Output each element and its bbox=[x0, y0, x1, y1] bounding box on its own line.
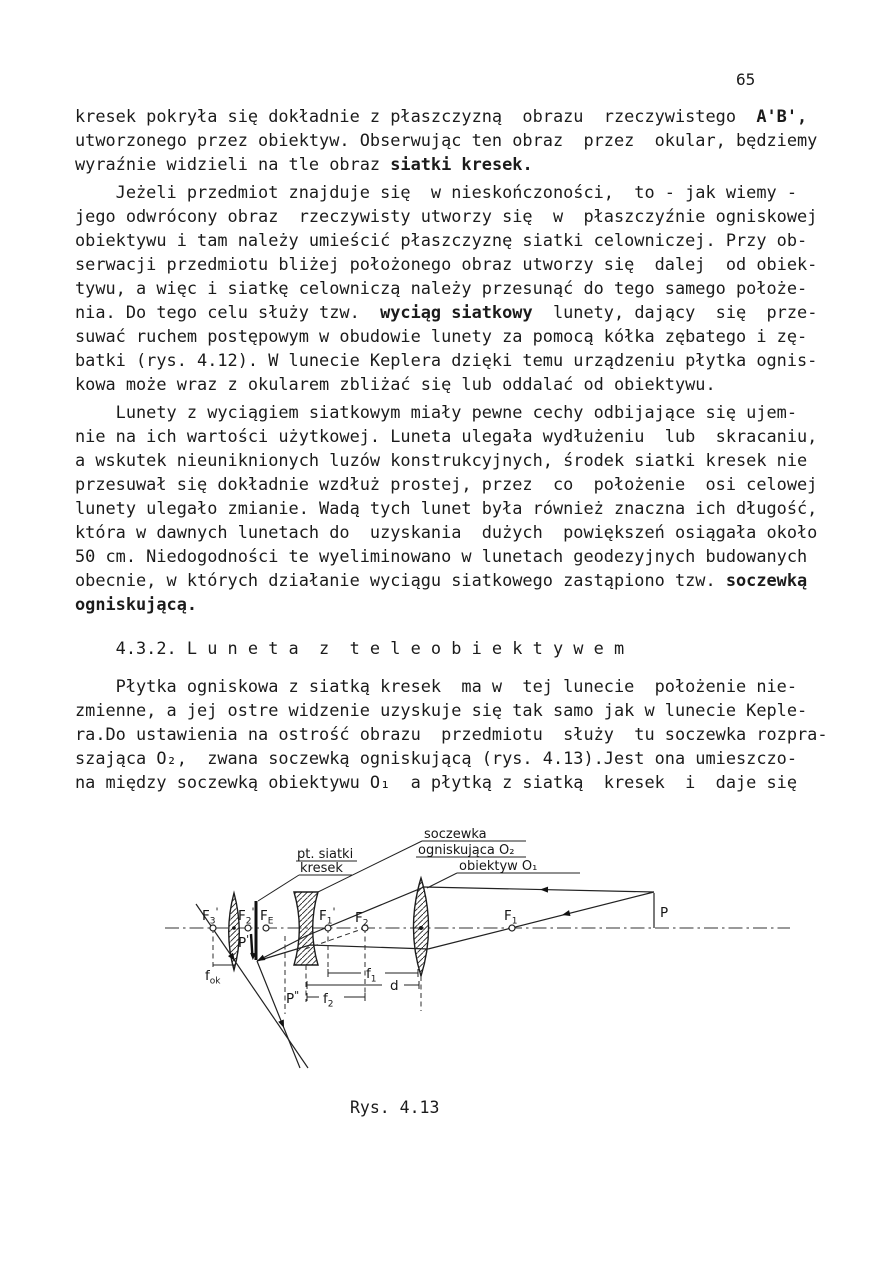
text-line: serwacji przedmiotu bliżej położonego ob… bbox=[75, 252, 865, 276]
paragraph: Lunety z wyciągiem siatkowym miały pewne… bbox=[75, 400, 865, 616]
text-line: Płytka ogniskowa z siatką kresek ma w te… bbox=[75, 674, 865, 698]
book-page: 65 kresek pokryła się dokładnie z płaszc… bbox=[0, 0, 893, 1263]
objective-center-dot bbox=[419, 926, 423, 930]
text-line: obiektywu i tam należy umieścić płaszczy… bbox=[75, 228, 865, 252]
text-line: nia. Do tego celu służy tzw. wyciąg siat… bbox=[75, 300, 865, 324]
point-label: fok bbox=[205, 968, 221, 987]
lens-label: soczewka bbox=[424, 827, 487, 842]
point-label: f1 bbox=[366, 966, 377, 985]
paragraph: kresek pokryła się dokładnie z płaszczyz… bbox=[75, 104, 865, 176]
text-line: Lunety z wyciągiem siatkowym miały pewne… bbox=[75, 400, 865, 424]
text-line: zmienne, a jej ostre widzenie uzyskuje s… bbox=[75, 698, 865, 722]
text-line: nie na ich wartości użytkowej. Luneta ul… bbox=[75, 424, 865, 448]
text-line: szająca O₂, zwana soczewką ogniskującą (… bbox=[75, 746, 865, 770]
point-label: F1 bbox=[504, 908, 518, 927]
text-line: kresek pokryła się dokładnie z płaszczyz… bbox=[75, 104, 865, 128]
point-label: f2 bbox=[323, 991, 334, 1010]
paragraph: Płytka ogniskowa z siatką kresek ma w te… bbox=[75, 674, 865, 794]
eyepiece-center-dot bbox=[232, 926, 236, 930]
point-label: FE bbox=[260, 908, 274, 927]
figure-4-13: pt. siatkikreseksoczewkaogniskująca O₂ob… bbox=[60, 826, 830, 1136]
text-line: wyraźnie widzieli na tle obraz siatki kr… bbox=[75, 152, 865, 176]
point-label: P' bbox=[238, 933, 249, 951]
dimension-lines bbox=[213, 965, 419, 1001]
text-line: tywu, a więc i siatkę celowniczą należy … bbox=[75, 276, 865, 300]
text-line: Jeżeli przedmiot znajduje się w nieskońc… bbox=[75, 180, 865, 204]
lens-label: kresek bbox=[300, 861, 343, 876]
section-heading: 4.3.2. L u n e t a z t e l e o b i e k t… bbox=[75, 636, 865, 660]
image-arrow bbox=[251, 934, 252, 956]
point-label: F3' bbox=[202, 906, 219, 927]
text-line: kowa może wraz z okularem zbliżać się lu… bbox=[75, 372, 865, 396]
point-label: P" bbox=[286, 989, 299, 1007]
point-label: d bbox=[390, 978, 399, 994]
lens-label: obiektyw O₁ bbox=[459, 859, 537, 874]
figure-labels: pt. siatkikreseksoczewkaogniskująca O₂ob… bbox=[202, 827, 668, 1010]
text-line: ogniskującą. bbox=[75, 592, 865, 616]
point-label: F2 bbox=[355, 910, 369, 929]
page-number: 65 bbox=[736, 70, 755, 89]
body-text: kresek pokryła się dokładnie z płaszczyz… bbox=[75, 104, 865, 794]
text-line: ra.Do ustawienia na ostrość obrazu przed… bbox=[75, 722, 865, 746]
ray-arrowheads bbox=[228, 887, 570, 1028]
optical-diagram: pt. siatkikreseksoczewkaogniskująca O₂ob… bbox=[60, 826, 820, 1126]
text-line: obecnie, w których działanie wyciągu sia… bbox=[75, 568, 865, 592]
point-label: P bbox=[660, 905, 668, 921]
text-line: batki (rys. 4.12). W lunecie Keplera dzi… bbox=[75, 348, 865, 372]
text-line: suwać ruchem postępowym w obudowie lunet… bbox=[75, 324, 865, 348]
text-line: lunety ulegało zmianie. Wadą tych lunet … bbox=[75, 496, 865, 520]
lens-label: ogniskująca O₂ bbox=[418, 843, 514, 858]
text-line: utworzonego przez obiektyw. Obserwując t… bbox=[75, 128, 865, 152]
text-line: przesuwał się dokładnie wzdłuż prostej, … bbox=[75, 472, 865, 496]
point-label: F2' bbox=[238, 906, 255, 927]
text-line: która w dawnych lunetach do uzyskania du… bbox=[75, 520, 865, 544]
point-label: F1' bbox=[319, 906, 336, 927]
text-line: a wskutek nieuniknionych luzów konstrukc… bbox=[75, 448, 865, 472]
text-line: jego odwrócony obraz rzeczywisty utworzy… bbox=[75, 204, 865, 228]
text-line: 50 cm. Niedogodności te wyeliminowano w … bbox=[75, 544, 865, 568]
figure-caption: Rys. 4.13 bbox=[350, 1098, 439, 1117]
text-line: na między soczewką obiektywu O₁ a płytką… bbox=[75, 770, 865, 794]
lens-label: pt. siatki bbox=[297, 847, 353, 862]
paragraph: Jeżeli przedmiot znajduje się w nieskońc… bbox=[75, 180, 865, 396]
